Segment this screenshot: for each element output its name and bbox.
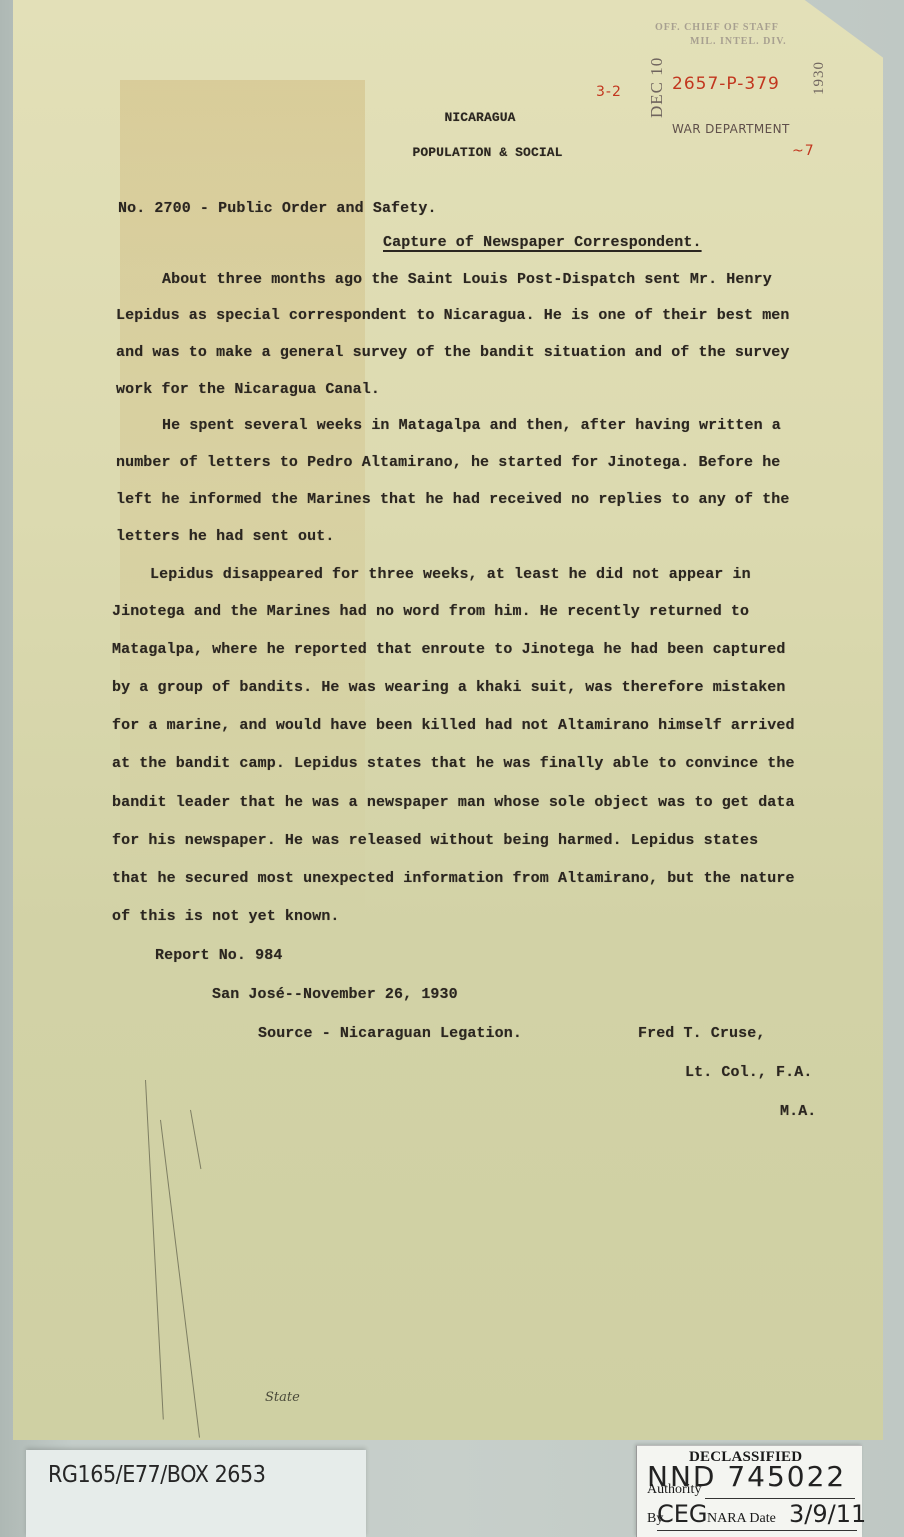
declassification-date: 3/9/11: [789, 1500, 866, 1528]
authority-underline: [705, 1498, 855, 1499]
office-stamp-line1: OFF. CHIEF OF STAFF: [655, 22, 779, 33]
sequence-mark: ~7: [792, 143, 815, 159]
category-heading: POPULATION & SOCIAL: [360, 145, 615, 160]
body-line: and was to make a general survey of the …: [116, 344, 790, 361]
declassification-stamp: DECLASSIFIED NND 745022 Authority By CEG…: [636, 1445, 862, 1537]
file-number: 2657-P-379: [672, 74, 780, 94]
authority-label: Authority: [647, 1482, 701, 1498]
war-department-stamp: WAR DEPARTMENT: [672, 122, 790, 136]
body-line: work for the Nicaragua Canal.: [116, 381, 380, 398]
body-line: He spent several weeks in Matagalpa and …: [162, 417, 781, 434]
by-initials: CEG: [657, 1500, 708, 1528]
section-title: No. 2700 - Public Order and Safety.: [118, 200, 437, 217]
received-year-stamp: 1930: [811, 61, 828, 95]
body-line: by a group of bandits. He was wearing a …: [112, 679, 786, 696]
body-line: at the bandit camp. Lepidus states that …: [112, 755, 795, 772]
report-number: Report No. 984: [155, 947, 282, 964]
body-line: letters he had sent out.: [116, 528, 334, 545]
nara-date-label: NARA Date: [707, 1511, 776, 1527]
signature-rank: Lt. Col., F.A.: [685, 1064, 812, 1081]
body-line: that he secured most unexpected informat…: [112, 870, 795, 887]
body-line: Lepidus disappeared for three weeks, at …: [150, 566, 751, 583]
file-number-prefix: 3-2: [596, 84, 622, 100]
body-line: Lepidus as special correspondent to Nica…: [116, 307, 790, 324]
signature-name: Fred T. Cruse,: [638, 1025, 765, 1042]
signature-title: M.A.: [780, 1103, 816, 1120]
by-underline: [657, 1530, 857, 1531]
office-stamp-line2: MIL. INTEL. DIV.: [690, 36, 787, 47]
body-line: for his newspaper. He was released witho…: [112, 832, 758, 849]
pencil-note: State: [265, 1390, 300, 1405]
place-date: San José--November 26, 1930: [212, 986, 458, 1003]
archive-location: RG165/E77/BOX 2653: [48, 1462, 265, 1488]
received-date-stamp: DEC 10: [647, 57, 667, 118]
body-line: of this is not yet known.: [112, 908, 340, 925]
body-line: for a marine, and would have been killed…: [112, 717, 795, 734]
body-line: Matagalpa, where he reported that enrout…: [112, 641, 786, 658]
body-line: Jinotega and the Marines had no word fro…: [112, 603, 749, 620]
body-line: number of letters to Pedro Altamirano, h…: [116, 454, 780, 471]
body-line: left he informed the Marines that he had…: [116, 491, 790, 508]
country-heading: NICARAGUA: [380, 110, 580, 125]
source-line: Source - Nicaraguan Legation.: [258, 1025, 522, 1042]
archive-label-card: RG165/E77/BOX 2653: [26, 1450, 366, 1537]
body-line: bandit leader that he was a newspaper ma…: [112, 794, 795, 811]
body-line: About three months ago the Saint Louis P…: [162, 271, 772, 288]
subject-title: Capture of Newspaper Correspondent.: [383, 234, 702, 251]
